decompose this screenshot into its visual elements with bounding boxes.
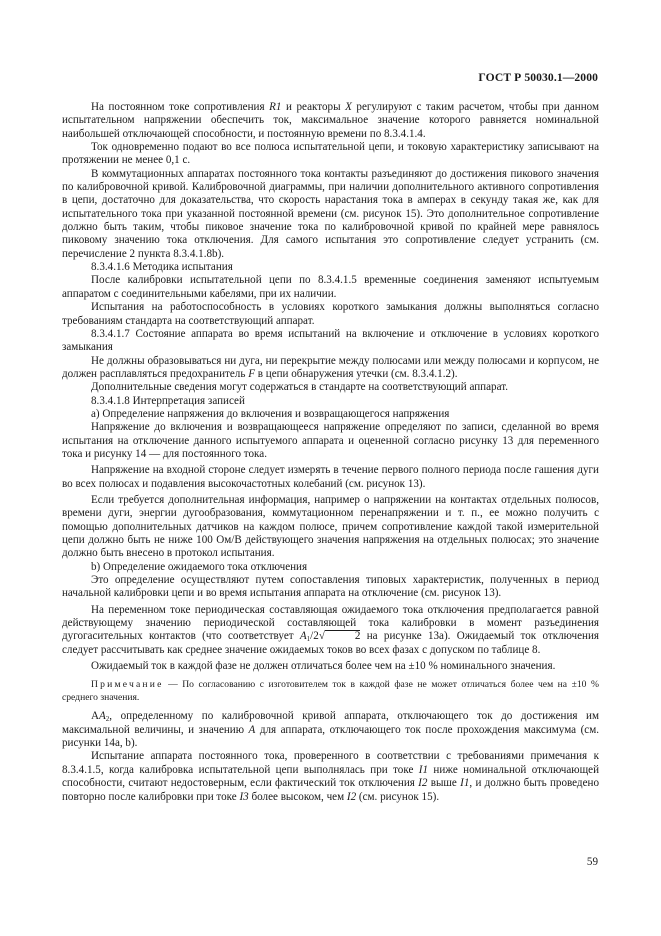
symbol-i1: I1 [419,764,428,776]
paragraph-voltage-determination: Напряжение до включения и возвращающееся… [62,421,599,461]
paragraph-additional-info: Дополнительные сведения могут содержатьс… [62,381,599,394]
paragraph-input-side-voltage: Напряжение на входной стороне следует из… [62,464,599,491]
text-run: (см. рисунок 15). [356,791,439,803]
section-heading-8-3-4-1-7: 8.3.4.1.7 Состояние аппарата во время ис… [62,328,599,355]
paragraph-performance-tests: Испытания на работоспособность в условия… [62,301,599,328]
paragraph-after-calibration: После калибровки испытательной цепи по 8… [62,274,599,301]
document-standard-id: ГОСТ Р 50030.1—2000 [478,71,598,84]
symbol-f: F [248,368,255,380]
text-run: A [91,710,99,722]
paragraph-dc-expected-current: AA2, определенному по калибровочной крив… [62,710,599,750]
text-run: выше [427,777,460,789]
symbol-x: X [345,101,352,113]
paragraph-additional-sensors: Если требуется дополнительная информация… [62,494,599,561]
note-label: Примечание [91,679,164,690]
section-heading-8-3-4-1-8: 8.3.4.1.8 Интерпретация записей [62,395,599,408]
paragraph-dc-switching: В коммутационных аппаратах постоянного т… [62,168,599,261]
paragraph-tolerance: Ожидаемый ток в каждой фазе не должен от… [62,660,599,673]
page-body: На постоянном токе сопротивления R1 и ре… [62,101,599,804]
paragraph-no-arc: Не должны образовываться ни дуга, ни пер… [62,355,599,382]
paragraph-current-applied: Ток одновременно подают во все полюса ис… [62,141,599,168]
symbol-i3: I3 [239,791,248,803]
symbol-a2: A [99,710,106,722]
paragraph-dc-resistance: На постоянном токе сопротивления R1 и ре… [62,101,599,141]
section-heading-8-3-4-1-6: 8.3.4.1.6 Методика испытания [62,261,599,274]
symbol-r1: R1 [269,101,281,113]
symbol-i2: I2 [347,791,356,803]
paragraph-comparison: Это определение осуществляют путем сопос… [62,574,599,601]
sqrt-argument: 2 [325,630,361,642]
text-run: На постоянном токе сопротивления [91,101,269,113]
text-run: и реакторы [281,101,345,113]
subsection-heading-b: b) Определение ожидаемого тока отключени… [62,561,599,574]
subsection-heading-a: а) Определение напряжения до включения и… [62,408,599,421]
text-run: более высоком, чем [249,791,347,803]
paragraph-dc-test-validity: Испытание аппарата постоянного тока, про… [62,750,599,803]
formula-part: /2 [310,630,319,642]
symbol-i1: I1 [460,777,469,789]
paragraph-ac-expected-current: На переменном токе периодическая составл… [62,604,599,657]
text-run: в цепи обнаружения утечки (см. 8.3.4.1.2… [255,368,458,380]
page-number: 59 [587,856,598,868]
symbol-a1: A [300,630,307,642]
note: Примечание — По согласованию с изготовит… [62,679,599,704]
